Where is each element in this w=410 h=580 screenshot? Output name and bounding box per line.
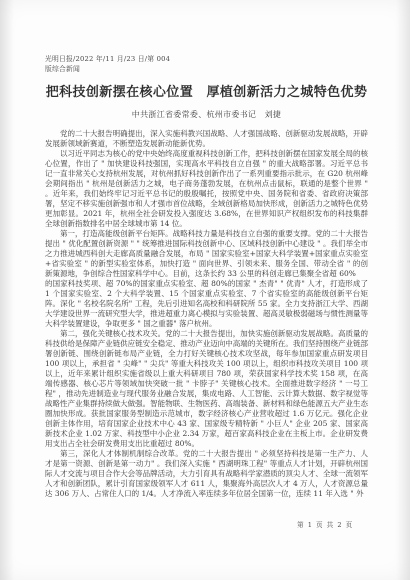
paragraph: 第一，打造高能级创新平台矩阵。战略科技力量是科技自立自强的重要支撑。党的二十大报… bbox=[45, 229, 368, 279]
document-page: 光明日报/2022 年/11 月/23 日/第 004 版综合新闻 把科技创新摆… bbox=[0, 0, 410, 580]
paragraph: 党的二十大报告明确提出，深入实施科教兴国战略、人才强国战略、创新驱动发展战略，开… bbox=[45, 129, 368, 149]
article-byline: 中共浙江省委常委、杭州市委书记 刘捷 bbox=[45, 109, 368, 120]
paragraph: 以习近平同志为核心的党中央始终高度重视科技创新工作，把科技创新摆在国家发展全局的… bbox=[45, 149, 368, 229]
masthead-section-line: 版综合新闻 bbox=[45, 64, 368, 74]
article-title: 把科技创新摆在核心位置 厚植创新活力之城特色优势 bbox=[45, 85, 368, 101]
page-content: 光明日报/2022 年/11 月/23 日/第 004 版综合新闻 把科技创新摆… bbox=[0, 0, 410, 499]
paragraph: 第三，深化人才体制机制综合改革。党的二十大报告提出 " 必须坚持科技是第一生产力… bbox=[45, 449, 368, 499]
article-body: 党的二十大报告明确提出，深入实施科教兴国战略、人才强国战略、创新驱动发展战略，开… bbox=[45, 129, 368, 499]
paragraph: 的国家科技奖项、超 70%的国家重点实验室、超 80%的国家 " 杰青" " 优… bbox=[45, 279, 368, 329]
masthead-source-line: 光明日报/2022 年/11 月/23 日/第 004 bbox=[45, 54, 368, 64]
paragraph: 第二，强化关键核心技术攻关。党的二十大报告提出，加快实施创新驱动发展战略。高质量… bbox=[45, 329, 368, 449]
page-number: 第 1 页 共 2 页 bbox=[297, 519, 353, 529]
masthead: 光明日报/2022 年/11 月/23 日/第 004 版综合新闻 bbox=[45, 54, 368, 74]
